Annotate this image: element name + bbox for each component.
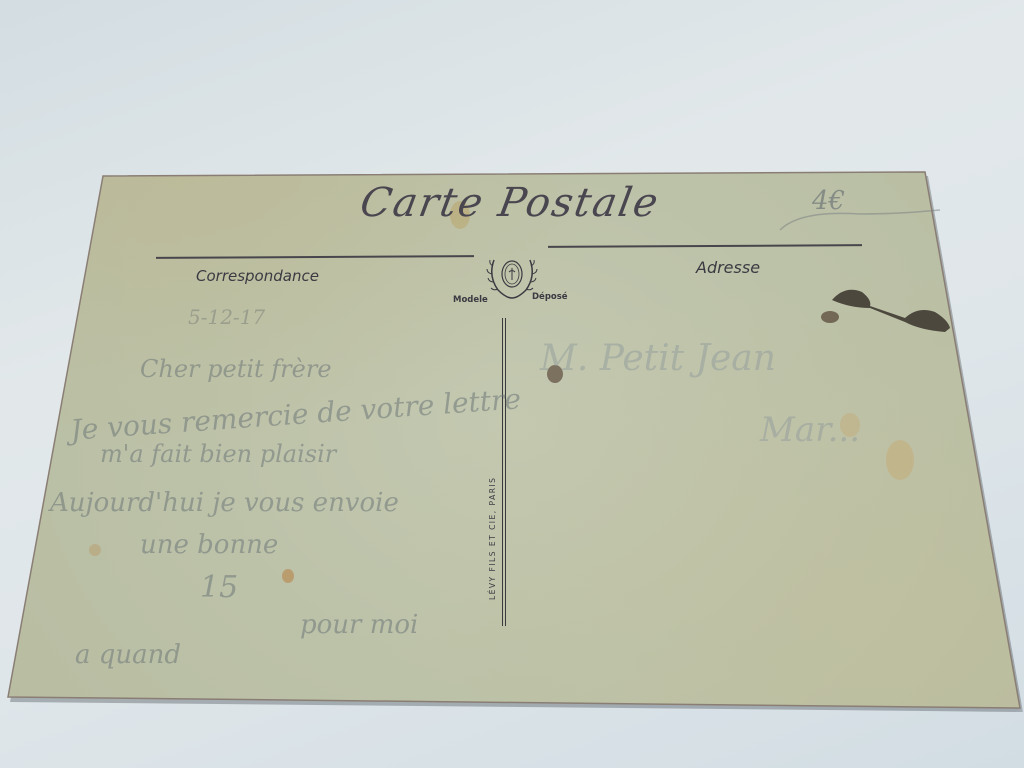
message-line: une bonne <box>140 530 278 560</box>
printer-imprint: LÉVY FILS ET CIE, PARIS <box>488 477 497 600</box>
postcard-title: Carte Postale <box>296 180 724 226</box>
message-line: Aujourd'hui je vous envoie <box>50 488 399 518</box>
correspondence-heading: Correspondance <box>196 267 319 285</box>
message-line: Cher petit frère <box>140 355 332 383</box>
message-line: a quand <box>75 640 181 670</box>
message-line: pour moi <box>300 610 418 640</box>
depose-label: Déposé <box>532 292 568 302</box>
handwritten-price: 4€ <box>812 186 845 216</box>
message-line: 15 <box>200 570 238 605</box>
address-line: M. Petit Jean <box>540 338 776 379</box>
handwritten-date: 5-12-17 <box>188 305 265 329</box>
message-line: m'a fait bien plaisir <box>100 440 336 468</box>
address-heading: Adresse <box>696 258 760 277</box>
divider-line <box>505 318 506 626</box>
modele-label: Modele <box>453 295 488 305</box>
address-line: Mar... <box>760 410 860 450</box>
divider-line <box>502 318 503 626</box>
